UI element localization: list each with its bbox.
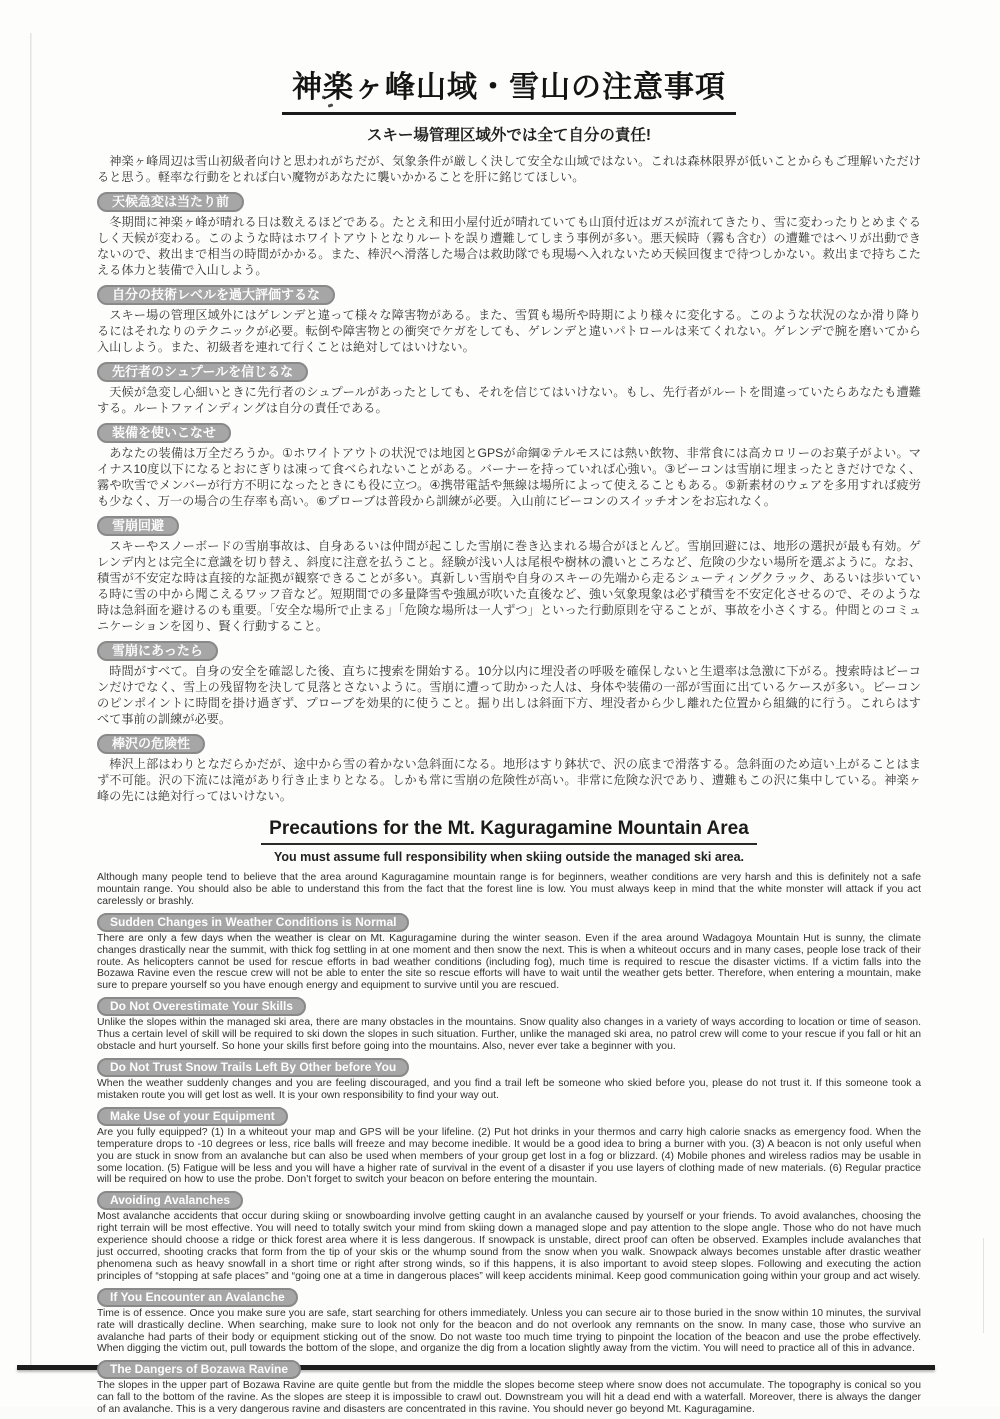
- en-section-heading-trails: Do Not Trust Snow Trails Left By Other b…: [97, 1058, 409, 1077]
- en-section-heading-bozawa: The Dangers of Bozawa Ravine: [97, 1360, 301, 1379]
- page-edge-left: [30, 33, 32, 1371]
- jp-section-body-weather: 冬期間に神楽ヶ峰が晴れる日は数えるほどである。たとえ和田小屋付近が晴れていても山…: [97, 214, 921, 278]
- jp-title-text: 神楽ヶ峰山域・雪山の注意事項: [282, 62, 736, 115]
- en-section-heading-row-0: Sudden Changes in Weather Conditions is …: [97, 911, 921, 933]
- document-content: 神楽ヶ峰山域・雪山の注意事項 スキー場管理区域外では全て自分の責任! 神楽ヶ峰周…: [97, 62, 921, 1407]
- jp-section-heading-avalanche-hit: 雪崩にあったら: [97, 641, 218, 661]
- en-section-body-avalanche-avoid: Most avalanche accidents that occur duri…: [97, 1211, 921, 1282]
- jp-title: 神楽ヶ峰山域・雪山の注意事項: [97, 62, 921, 115]
- jp-section-heading-row-1: 自分の技術レベルを過大評価するな: [97, 282, 921, 306]
- page-edge-right: [983, 1238, 984, 1333]
- en-section-body-bozawa: The slopes in the upper part of Bozawa R…: [97, 1380, 921, 1407]
- en-section-heading-avalanche-hit: If You Encounter an Avalanche: [97, 1288, 298, 1307]
- en-section-heading-row-1: Do Not Overestimate Your Skills: [97, 995, 921, 1017]
- jp-section-heading-row-2: 先行者のシュプールを信じるな: [97, 359, 921, 383]
- en-section-heading-row-6: The Dangers of Bozawa Ravine: [97, 1358, 921, 1380]
- jp-section-heading-row-6: 棒沢の危険性: [97, 731, 921, 755]
- en-section-body-trails: When the weather suddenly changes and yo…: [97, 1078, 921, 1102]
- jp-section-body-avalanche-hit: 時間がすべて。自身の安全を確認した後、直ちに捜索を開始する。10分以内に埋没者の…: [97, 663, 921, 727]
- en-title: Precautions for the Mt. Kaguragamine Mou…: [97, 813, 921, 845]
- en-section-heading-row-4: Avoiding Avalanches: [97, 1189, 921, 1211]
- en-section-heading-skills: Do Not Overestimate Your Skills: [97, 997, 306, 1016]
- en-section-heading-row-3: Make Use of your Equipment: [97, 1105, 921, 1127]
- en-section-body-equipment: Are you fully equipped? (1) In a whiteou…: [97, 1127, 921, 1187]
- en-section-heading-weather: Sudden Changes in Weather Conditions is …: [97, 913, 409, 932]
- jp-section-body-trails: 天候が急変し心細いときに先行者のシュプールがあったとしても、それを信じてはいけな…: [97, 384, 921, 416]
- jp-intro-paragraph: 神楽ヶ峰周辺は雪山初級者向けと思われがちだが、気象条件が厳しく決して安全な山域で…: [97, 153, 921, 185]
- jp-section-heading-row-5: 雪崩にあったら: [97, 638, 921, 662]
- en-title-text: Precautions for the Mt. Kaguragamine Mou…: [261, 818, 757, 845]
- jp-section-heading-avalanche-avoid: 雪崩回避: [97, 516, 179, 536]
- jp-section-heading-equipment: 装備を使いこなせ: [97, 423, 231, 443]
- jp-section-heading-row-0: 天候急変は当たり前: [97, 189, 921, 213]
- en-subtitle: You must assume full responsibility when…: [97, 850, 921, 864]
- en-section-body-skills: Unlike the slopes within the managed ski…: [97, 1017, 921, 1053]
- jp-section-body-bozawa: 棒沢上部はわりとなだらかだが、途中から雪の着かない急斜面になる。地形はすり鉢状で…: [97, 756, 921, 804]
- en-section-heading-equipment: Make Use of your Equipment: [97, 1107, 288, 1126]
- jp-section-body-skills: スキー場の管理区域外にはゲレンデと違って様々な障害物がある。また、雪質も場所や時…: [97, 307, 921, 355]
- scanned-page: 神楽ヶ峰山域・雪山の注意事項 スキー場管理区域外では全て自分の責任! 神楽ヶ峰周…: [0, 0, 1000, 1407]
- en-intro-paragraph: Although many people tend to believe tha…: [97, 872, 921, 908]
- en-section-body-weather: There are only a few days when the weath…: [97, 933, 921, 993]
- en-section-heading-row-2: Do Not Trust Snow Trails Left By Other b…: [97, 1056, 921, 1078]
- jp-section-heading-weather: 天候急変は当たり前: [97, 192, 244, 212]
- en-section-body-avalanche-hit: Time is of essence. Once you make sure y…: [97, 1308, 921, 1356]
- jp-section-heading-skills: 自分の技術レベルを過大評価するな: [97, 285, 335, 305]
- jp-section-body-equipment: あなたの装備は万全だろうか。①ホワイトアウトの状況では地図とGPSが命綱②テルモ…: [97, 445, 921, 509]
- jp-section-heading-row-3: 装備を使いこなせ: [97, 420, 921, 444]
- en-section-heading-row-5: If You Encounter an Avalanche: [97, 1286, 921, 1308]
- jp-subtitle: スキー場管理区域外では全て自分の責任!: [97, 123, 921, 145]
- en-section-heading-avalanche-avoid: Avoiding Avalanches: [97, 1191, 243, 1210]
- jp-section-body-avalanche-avoid: スキーやスノーボードの雪崩事故は、自身あるいは仲間が起こした雪崩に巻き込まれる場…: [97, 538, 921, 634]
- jp-section-heading-trails: 先行者のシュプールを信じるな: [97, 362, 308, 382]
- jp-section-heading-row-4: 雪崩回避: [97, 513, 921, 537]
- jp-section-heading-bozawa: 棒沢の危険性: [97, 734, 205, 754]
